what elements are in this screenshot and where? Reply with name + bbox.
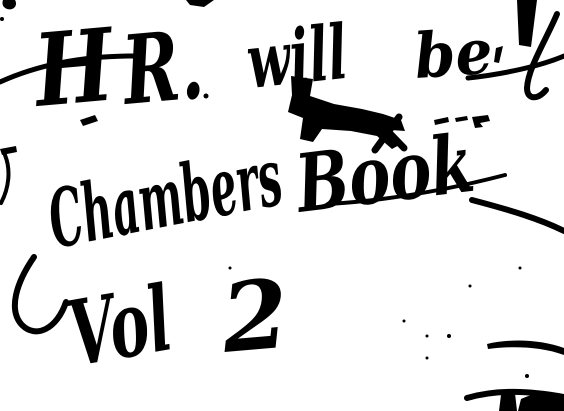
handwritten-line-1: H R. will be (0, 0, 564, 150)
word-be: be (412, 15, 495, 93)
speck (447, 334, 451, 338)
book-trailing-flourish-stroke (472, 200, 564, 231)
bottom-right-fragments (467, 341, 564, 411)
vol-lead-flourish-stroke (15, 257, 66, 331)
cut-horizontal-stroke (487, 341, 564, 355)
speck (229, 267, 232, 270)
handwriting-layer: H R. will be (0, 0, 564, 411)
top-edge-cut-stroke (186, 0, 214, 7)
speck (469, 285, 472, 288)
period-dot (204, 94, 209, 99)
handwritten-line-2: Chambers Book (0, 116, 564, 267)
word-chambers: Chambers (41, 130, 290, 267)
cut-bottom-word-stem (499, 393, 517, 411)
left-edge-curve-fragment (1, 155, 8, 203)
left-edge-tick-fragment (0, 146, 17, 155)
top-left-blot (2, 0, 16, 9)
word-r-period: R. (116, 9, 208, 127)
word-vol: Vol (60, 266, 179, 388)
cut-bottom-word-mass (518, 393, 564, 411)
top-left-speck (0, 17, 4, 21)
cut-off-word-stem-stroke (517, 0, 537, 47)
speck (403, 320, 406, 323)
apostrophe-tick-mark (494, 46, 503, 63)
manuscript-page: H R. will be (0, 0, 564, 411)
dash-fragment-3 (472, 115, 490, 128)
speck (426, 335, 429, 338)
speck (519, 267, 522, 270)
speck (426, 357, 429, 360)
word-volume-number: 2 (216, 259, 293, 375)
word-h: H (27, 5, 120, 130)
speck (525, 374, 529, 378)
handwritten-line-3: Vol 2 (15, 257, 293, 388)
